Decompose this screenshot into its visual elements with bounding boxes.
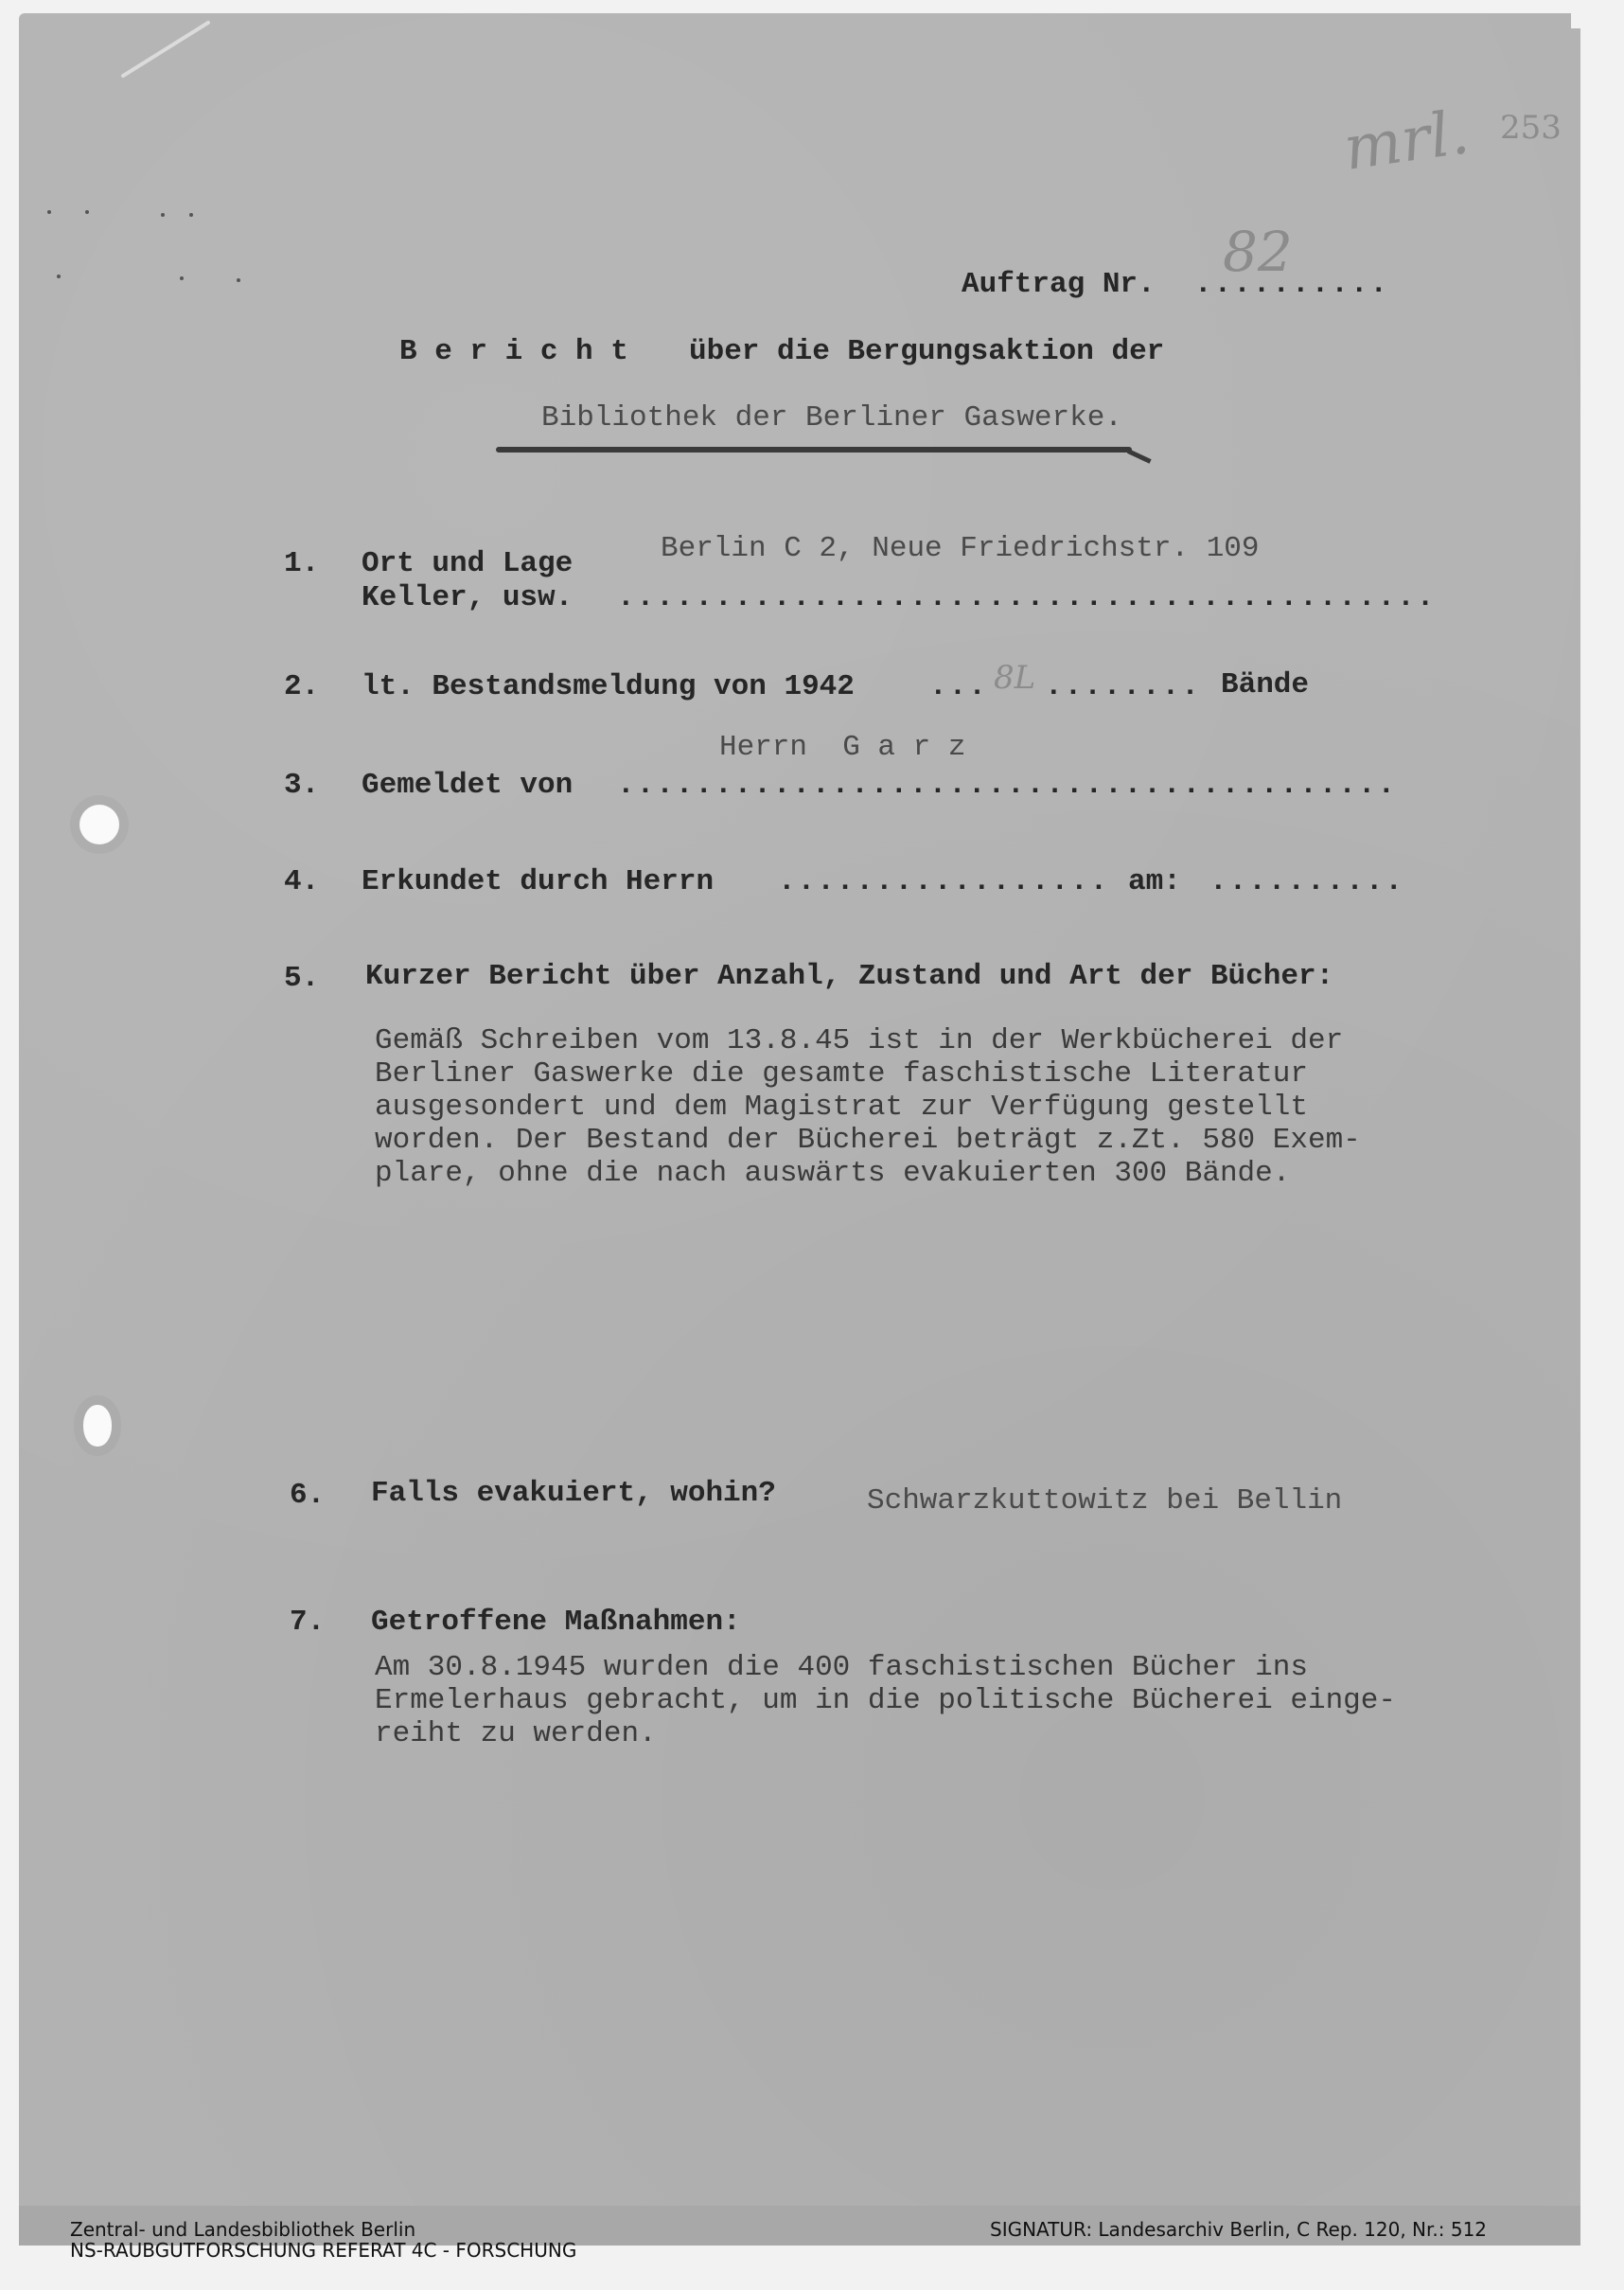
item-2-suffix: Bände: [1221, 668, 1309, 701]
item-6-number: 6.: [290, 1479, 325, 1512]
footer-institution: Zentral- und Landesbibliothek Berlin NS-…: [70, 2219, 576, 2261]
footer-signature: SIGNATUR: Landesarchiv Berlin, C Rep. 12…: [990, 2219, 1487, 2240]
title-line2: Bibliothek der Berliner Gaswerke.: [541, 401, 1122, 435]
item-3-value: Herrn G a r z: [719, 731, 965, 764]
item-6-label: Falls evakuiert, wohin?: [371, 1477, 776, 1510]
item-1-dots: ........................................…: [617, 581, 1436, 614]
punch-hole-top: [79, 805, 119, 844]
item-7-label: Getroffene Maßnahmen:: [371, 1606, 741, 1639]
item-3-dots: ........................................: [617, 769, 1397, 802]
item-4-dots: .................: [778, 865, 1109, 898]
item-1-label: Ort und Lage: [362, 547, 573, 580]
ink-speck: [47, 210, 51, 214]
order-dots: ..........: [1194, 268, 1389, 301]
item-2-value-handwritten: 8L: [994, 659, 1035, 697]
page-number-handwritten: 253: [1500, 109, 1562, 147]
item-5-report-text: Gemäß Schreiben vom 13.8.45 ist in der W…: [375, 1024, 1361, 1190]
ink-speck: [161, 213, 165, 217]
item-3-number: 3.: [284, 769, 319, 802]
item-5-label: Kurzer Bericht über Anzahl, Zustand und …: [365, 960, 1333, 993]
item-6-value: Schwarzkuttowitz bei Bellin: [867, 1484, 1342, 1518]
item-4-label: Erkundet durch Herrn: [362, 865, 714, 898]
item-5-number: 5.: [284, 962, 319, 995]
item-1-value: Berlin C 2, Neue Friedrichstr. 109: [661, 532, 1260, 565]
item-2-number: 2.: [284, 670, 319, 703]
measures-line: reiht zu werden.: [375, 1717, 1396, 1750]
ink-speck: [180, 276, 184, 280]
report-line: Berliner Gaswerke die gesamte faschistis…: [375, 1057, 1361, 1091]
item-3-label: Gemeldet von: [362, 769, 573, 802]
measures-line: Ermelerhaus gebracht, um in die politisc…: [375, 1684, 1396, 1717]
item-2-dots-after: ........: [1045, 670, 1201, 703]
item-1-label-line2: Keller, usw.: [362, 581, 573, 614]
report-line: plare, ohne die nach auswärts evakuierte…: [375, 1157, 1361, 1190]
footer-library: Zentral- und Landesbibliothek Berlin: [70, 2219, 576, 2240]
item-4-number: 4.: [284, 865, 319, 898]
report-line: worden. Der Bestand der Bücherei beträgt…: [375, 1124, 1361, 1157]
footer-department: NS-RAUBGUTFORSCHUNG REFERAT 4C - FORSCHU…: [70, 2240, 576, 2261]
item-7-number: 7.: [290, 1606, 325, 1639]
report-line: Gemäß Schreiben vom 13.8.45 ist in der W…: [375, 1024, 1361, 1057]
paper-edge-notch: [1571, 13, 1584, 28]
title-underline: [496, 447, 1132, 453]
item-2-label: lt. Bestandsmeldung von 1942: [362, 670, 855, 703]
ink-speck: [57, 275, 61, 278]
punch-hole-bottom: [83, 1405, 112, 1447]
report-line: ausgesondert und dem Magistrat zur Verfü…: [375, 1091, 1361, 1124]
ink-speck: [237, 278, 240, 282]
ink-speck: [85, 210, 89, 214]
item-7-measures-text: Am 30.8.1945 wurden die 400 faschistisch…: [375, 1651, 1396, 1750]
title-line1: über die Bergungsaktion der: [689, 335, 1164, 368]
item-4-date-dots: ..........: [1209, 865, 1404, 898]
item-4-date-label: am:: [1128, 865, 1181, 898]
item-2-dots-before: ...: [929, 670, 988, 703]
order-label: Auftrag Nr.: [962, 268, 1156, 301]
title-bericht: B e r i c h t: [399, 335, 628, 368]
item-1-number: 1.: [284, 547, 319, 580]
ink-speck: [189, 213, 193, 217]
measures-line: Am 30.8.1945 wurden die 400 faschistisch…: [375, 1651, 1396, 1684]
